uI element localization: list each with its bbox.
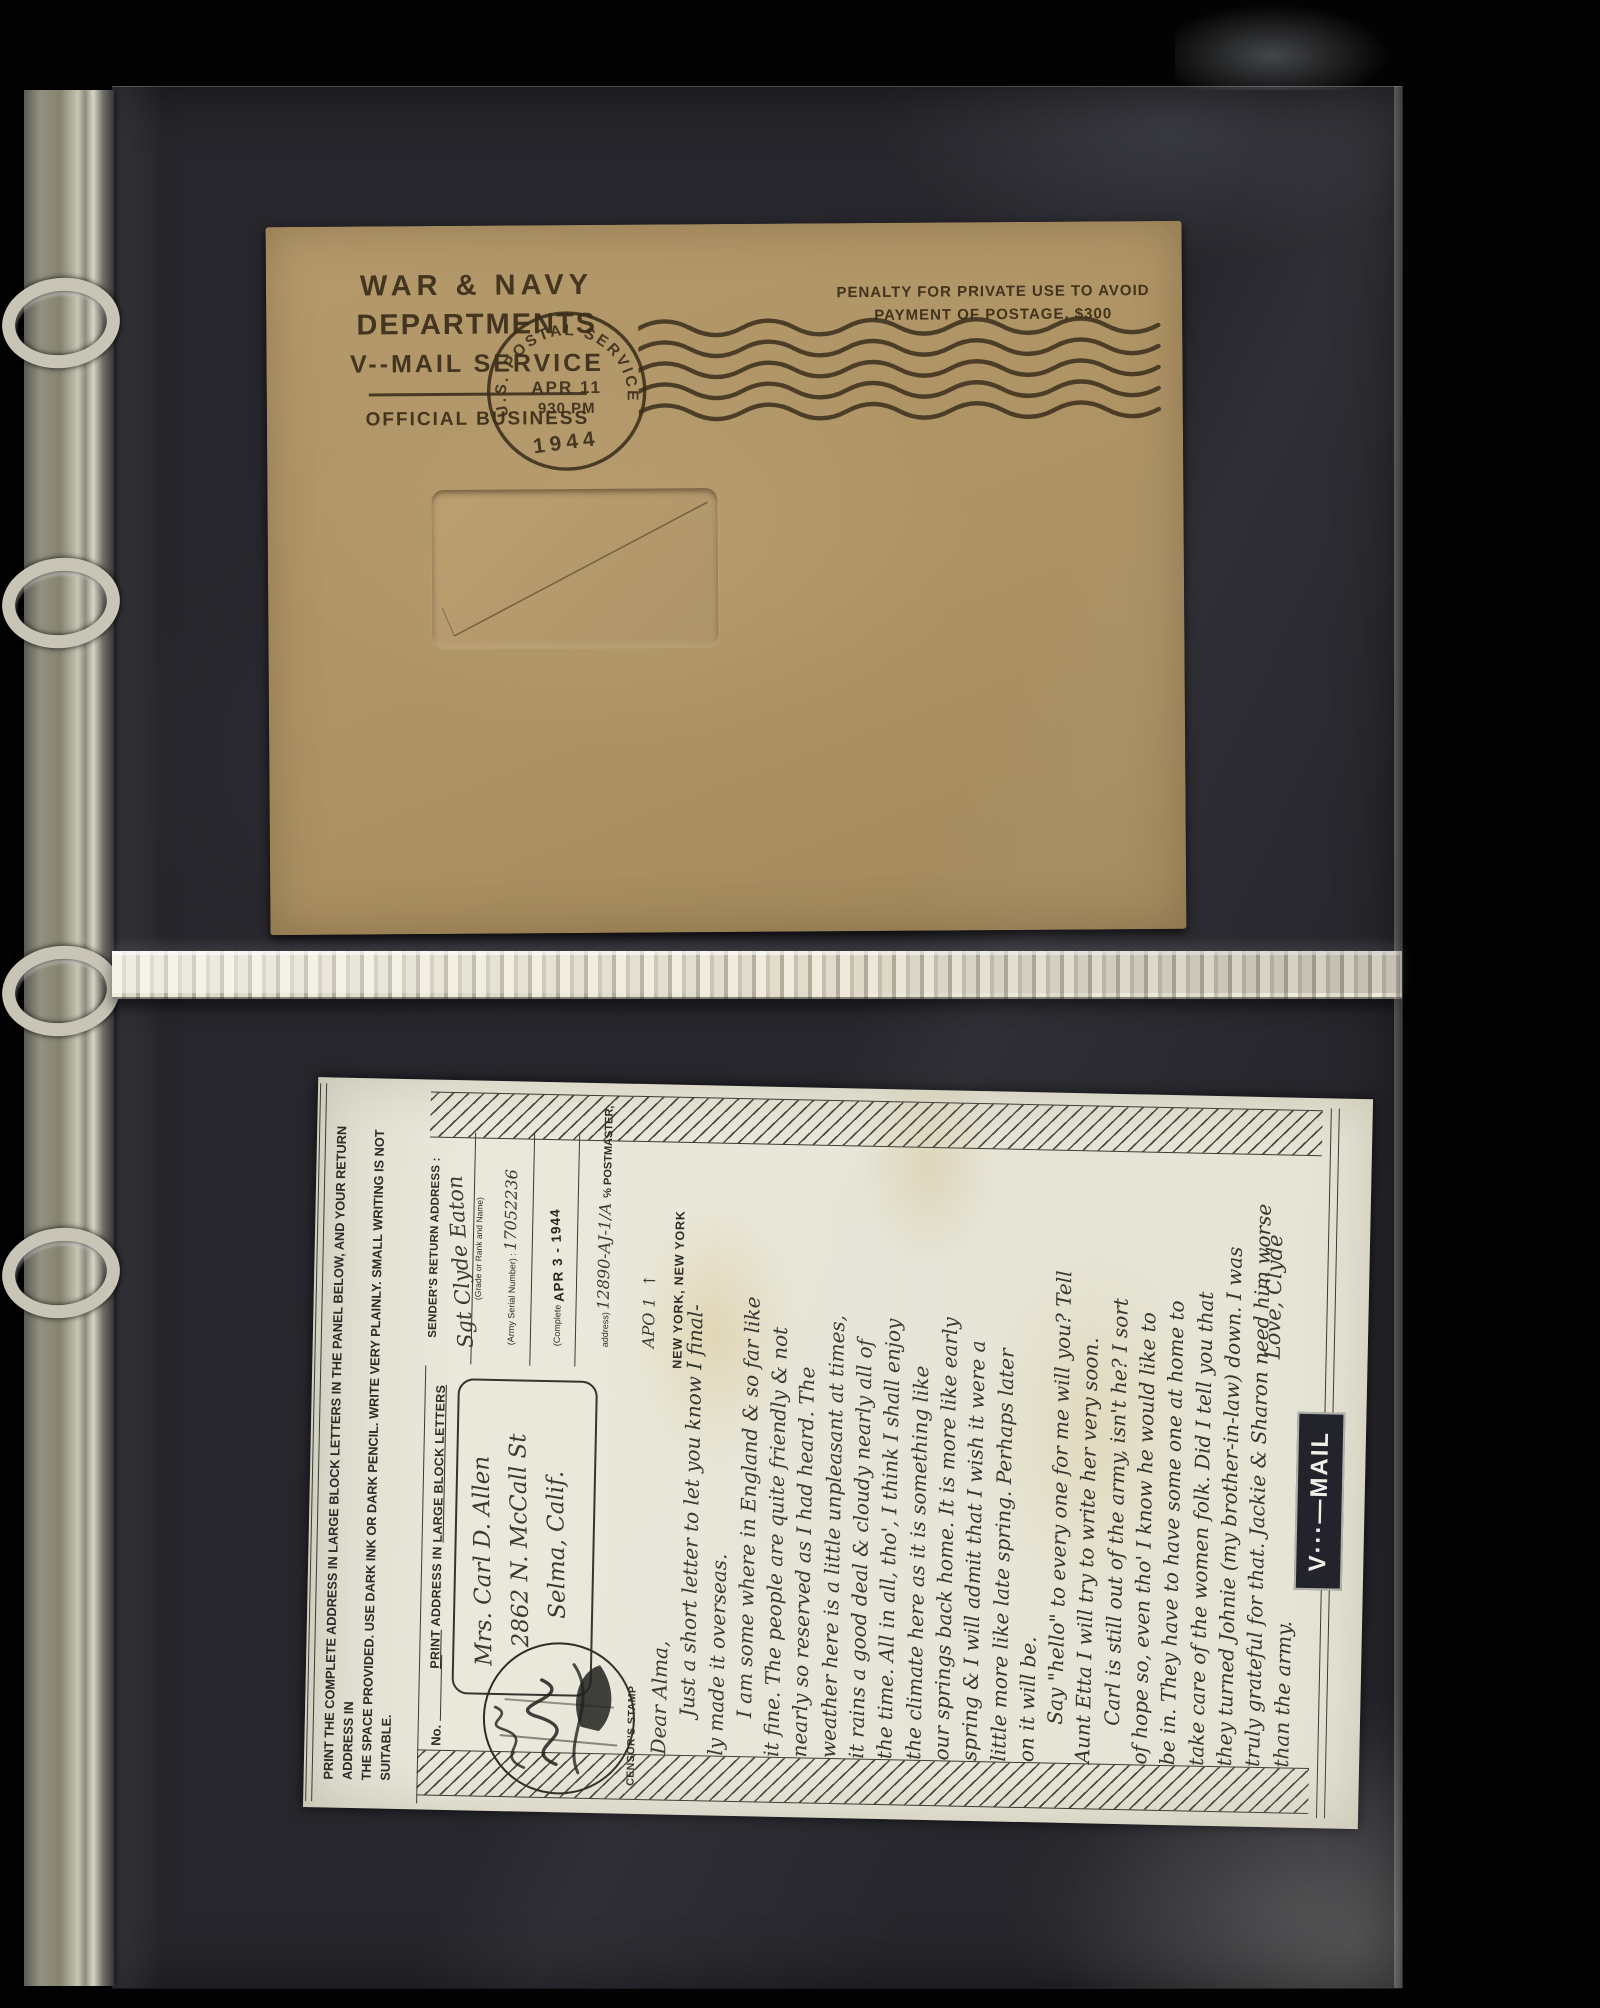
window-crease-lines <box>431 488 718 648</box>
censor-stamp-label: CENSOR'S STAMP <box>625 1685 639 1786</box>
address-panel-header: PRINT ADDRESS IN LARGE BLOCK LETTERS <box>428 1384 448 1670</box>
address-header-print: PRINT <box>428 1630 443 1669</box>
recipient-address-line: 2862 N. McCall St <box>500 1381 541 1647</box>
sender-return-address-block: SENDER'S RETURN ADDRESS : Sgt Clyde Eato… <box>426 1132 689 1369</box>
received-date-stamp: APR 3 - 1944 <box>547 1208 567 1302</box>
form-number-label: No. <box>428 1725 443 1746</box>
plastic-sleeve-edge <box>24 90 114 1986</box>
censor-stamp-scribbles <box>483 1643 634 1794</box>
page-left-shadow <box>112 86 164 1988</box>
envelope-header-line1: WAR & NAVY <box>304 269 649 304</box>
penalty-line1: PENALTY FOR PRIVATE USE TO AVOID <box>818 279 1168 304</box>
vmail-envelope: WAR & NAVY DEPARTMENTS V--MAIL SERVICE O… <box>266 221 1187 935</box>
vmail-logo-label: V···—MAIL <box>1294 1412 1346 1591</box>
page-right-edge <box>1394 86 1403 1988</box>
sender-address-label: address) <box>600 1310 611 1348</box>
header-divider-rule <box>416 1365 426 1803</box>
album-photo: { "envelope": { "header_line1": "WAR & N… <box>0 0 1600 2008</box>
sender-address-value: 12890-AJ-1/A <box>593 1198 614 1310</box>
sender-complete-label: (Complete <box>552 1302 563 1346</box>
recipient-address-line: Mrs. Carl D. Allen <box>463 1382 504 1666</box>
letter-signature: Love, Clyde <box>1261 1234 1288 1359</box>
sender-address-row: address) 12890-AJ-1/A ℅ POSTMASTER, <box>582 1135 626 1368</box>
postmark-time: 930 PM <box>538 400 596 417</box>
address-header-block-letters: LARGE BLOCK LETTERS <box>431 1385 448 1543</box>
sleeve-seam-sheen <box>112 951 1402 993</box>
sender-date-row: (Complete APR 3 - 1944 <box>537 1134 577 1367</box>
postmark-stamp: U.S. POSTAL SERVICE NO.2 APR 11 930 PM 1… <box>478 302 655 479</box>
cancellation-wavy-lines <box>638 315 1169 431</box>
sender-serial-row: (Army Serial Number) : 17052236 <box>488 1133 532 1366</box>
censor-stamp-circle <box>481 1641 636 1796</box>
form-instructions: PRINT THE COMPLETE ADDRESS IN LARGE BLOC… <box>319 1117 409 1781</box>
sender-serial-value: 17052236 <box>501 1169 522 1251</box>
sender-serial-label: (Army Serial Number) : <box>506 1251 518 1346</box>
postmaster-label: ℅ POSTMASTER, <box>602 1105 616 1197</box>
handwritten-letter-body: Dear Alma, Just a short letter to let yo… <box>644 1134 1308 1767</box>
recipient-address-line: Selma, Calif. <box>537 1381 577 1619</box>
sender-block-title: SENDER'S RETURN ADDRESS : <box>426 1132 443 1364</box>
postmark-year: 1944 <box>532 427 601 458</box>
envelope-window <box>431 488 718 648</box>
plastic-sheen-bottom-right <box>1060 1690 1402 1988</box>
address-header-mid: ADDRESS IN <box>429 1542 445 1629</box>
postmark-date: APR 11 <box>531 378 602 397</box>
plastic-sheen-top-right <box>1175 4 1390 90</box>
